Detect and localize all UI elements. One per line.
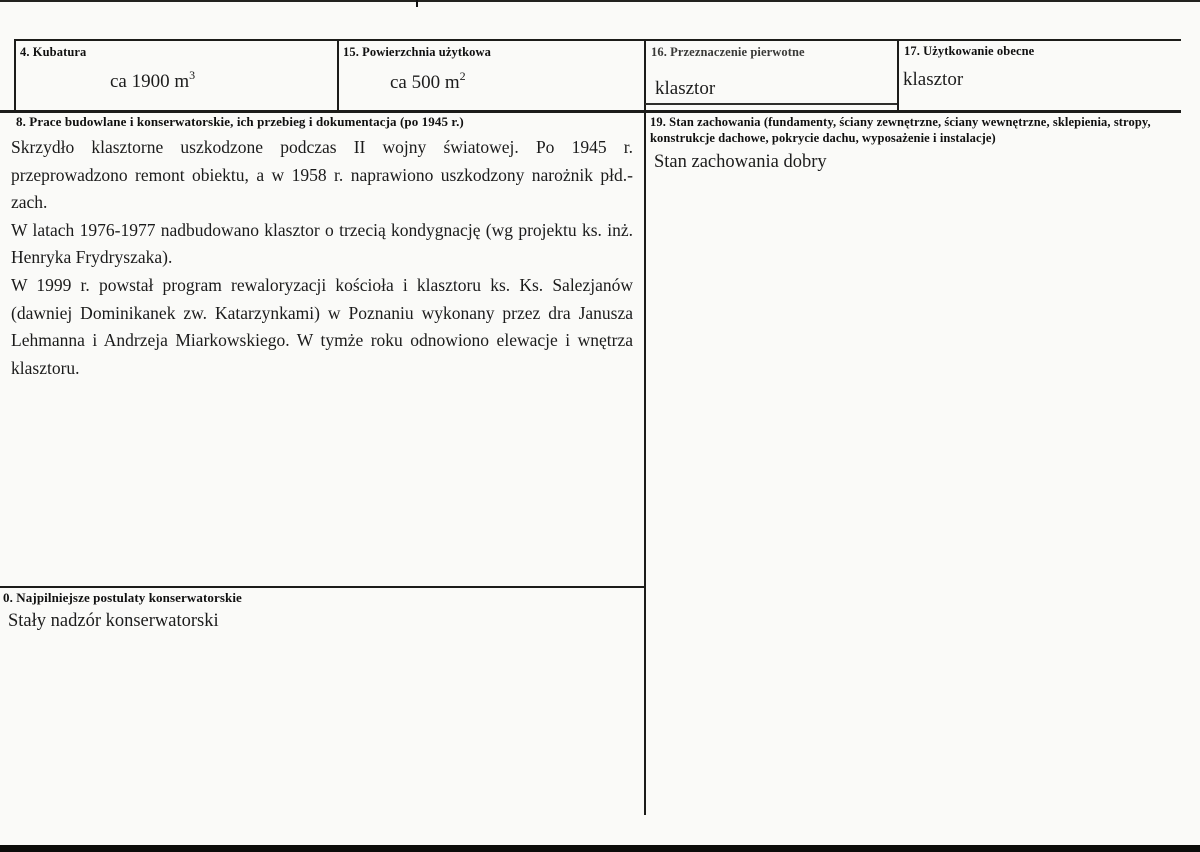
prace-paragraph-2: W latach 1976-1977 nadbudowano klasztor …: [11, 217, 633, 272]
scan-bottom-band: [0, 845, 1200, 852]
section20-top-border: [0, 586, 646, 588]
prace-paragraph-1: Skrzydło klasztorne uszkodzone podczas I…: [11, 134, 633, 217]
field-uzytkowanie-label: 17. Użytkowanie obecne: [904, 44, 1034, 59]
section-prace-text: Skrzydło klasztorne uszkodzone podczas I…: [11, 134, 633, 382]
section-postulaty-value: Stały nadzór konserwatorski: [8, 611, 219, 632]
field-kubatura-value: ca 1900 m3: [110, 71, 195, 93]
field-przeznaczenie-label: 16. Przeznaczenie pierwotne: [651, 45, 805, 60]
kubatura-number: ca 1900 m: [110, 71, 189, 92]
section-stan-value: Stan zachowania dobry: [654, 152, 827, 173]
powierzchnia-number: ca 500 m: [390, 72, 460, 93]
divider-field4-field15: [337, 39, 339, 112]
section-postulaty-label: 0. Najpilniejsze postulaty konserwatorsk…: [3, 590, 242, 606]
prace-paragraph-3: W 1999 r. powstał program rewaloryzacji …: [11, 272, 633, 382]
field-powierzchnia-value: ca 500 m2: [390, 72, 466, 94]
header-row-bottom-border: [0, 110, 1181, 113]
field-powierzchnia-label: 15. Powierzchnia użytkowa: [343, 45, 491, 60]
powierzchnia-exponent: 2: [460, 69, 466, 83]
scan-top-edge: [0, 0, 1200, 2]
field-kubatura-label: 4. Kubatura: [20, 45, 86, 60]
main-column-divider: [644, 39, 646, 815]
field16-bottom-border: [645, 103, 897, 105]
field-uzytkowanie-value: klasztor: [903, 69, 963, 91]
kubatura-exponent: 3: [189, 68, 195, 82]
table-top-border: [14, 39, 1181, 41]
divider-field16-field17: [897, 39, 899, 112]
field-przeznaczenie-value: klasztor: [655, 78, 715, 100]
scan-registration-tick: [416, 0, 418, 7]
table-left-border: [14, 39, 16, 112]
section-stan-label: 19. Stan zachowania (fundamenty, ściany …: [650, 115, 1183, 146]
scanned-form-page: 4. Kubatura ca 1900 m3 15. Powierzchnia …: [0, 0, 1200, 852]
section-prace-label: 8. Prace budowlane i konserwatorskie, ic…: [16, 114, 464, 130]
